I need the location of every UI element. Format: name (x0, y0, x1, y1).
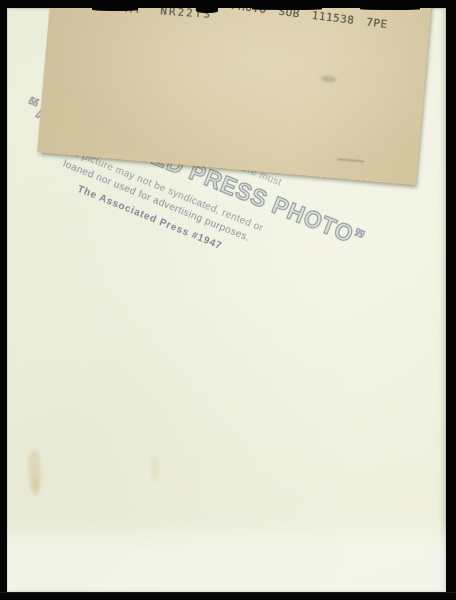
scan-edge-fragment (196, 8, 218, 13)
paper-tone-band (7, 520, 446, 592)
scan-border-bottom (0, 592, 456, 600)
paper-stain (31, 478, 40, 496)
slip-smudge-mark (320, 75, 336, 82)
scan-edge-fragment (360, 8, 420, 10)
scan-border-right (446, 0, 456, 600)
scan-border-left (0, 0, 7, 600)
paper-stain (151, 455, 159, 481)
photo-paper-back: The following credit line on each pictur… (7, 8, 446, 592)
press-photo-verso-scan: The following credit line on each pictur… (0, 0, 456, 600)
scan-edge-fragment (252, 8, 322, 10)
pencil-dash-mark (337, 158, 364, 162)
scan-border-top (0, 0, 456, 8)
scan-edge-fragment (92, 8, 138, 11)
